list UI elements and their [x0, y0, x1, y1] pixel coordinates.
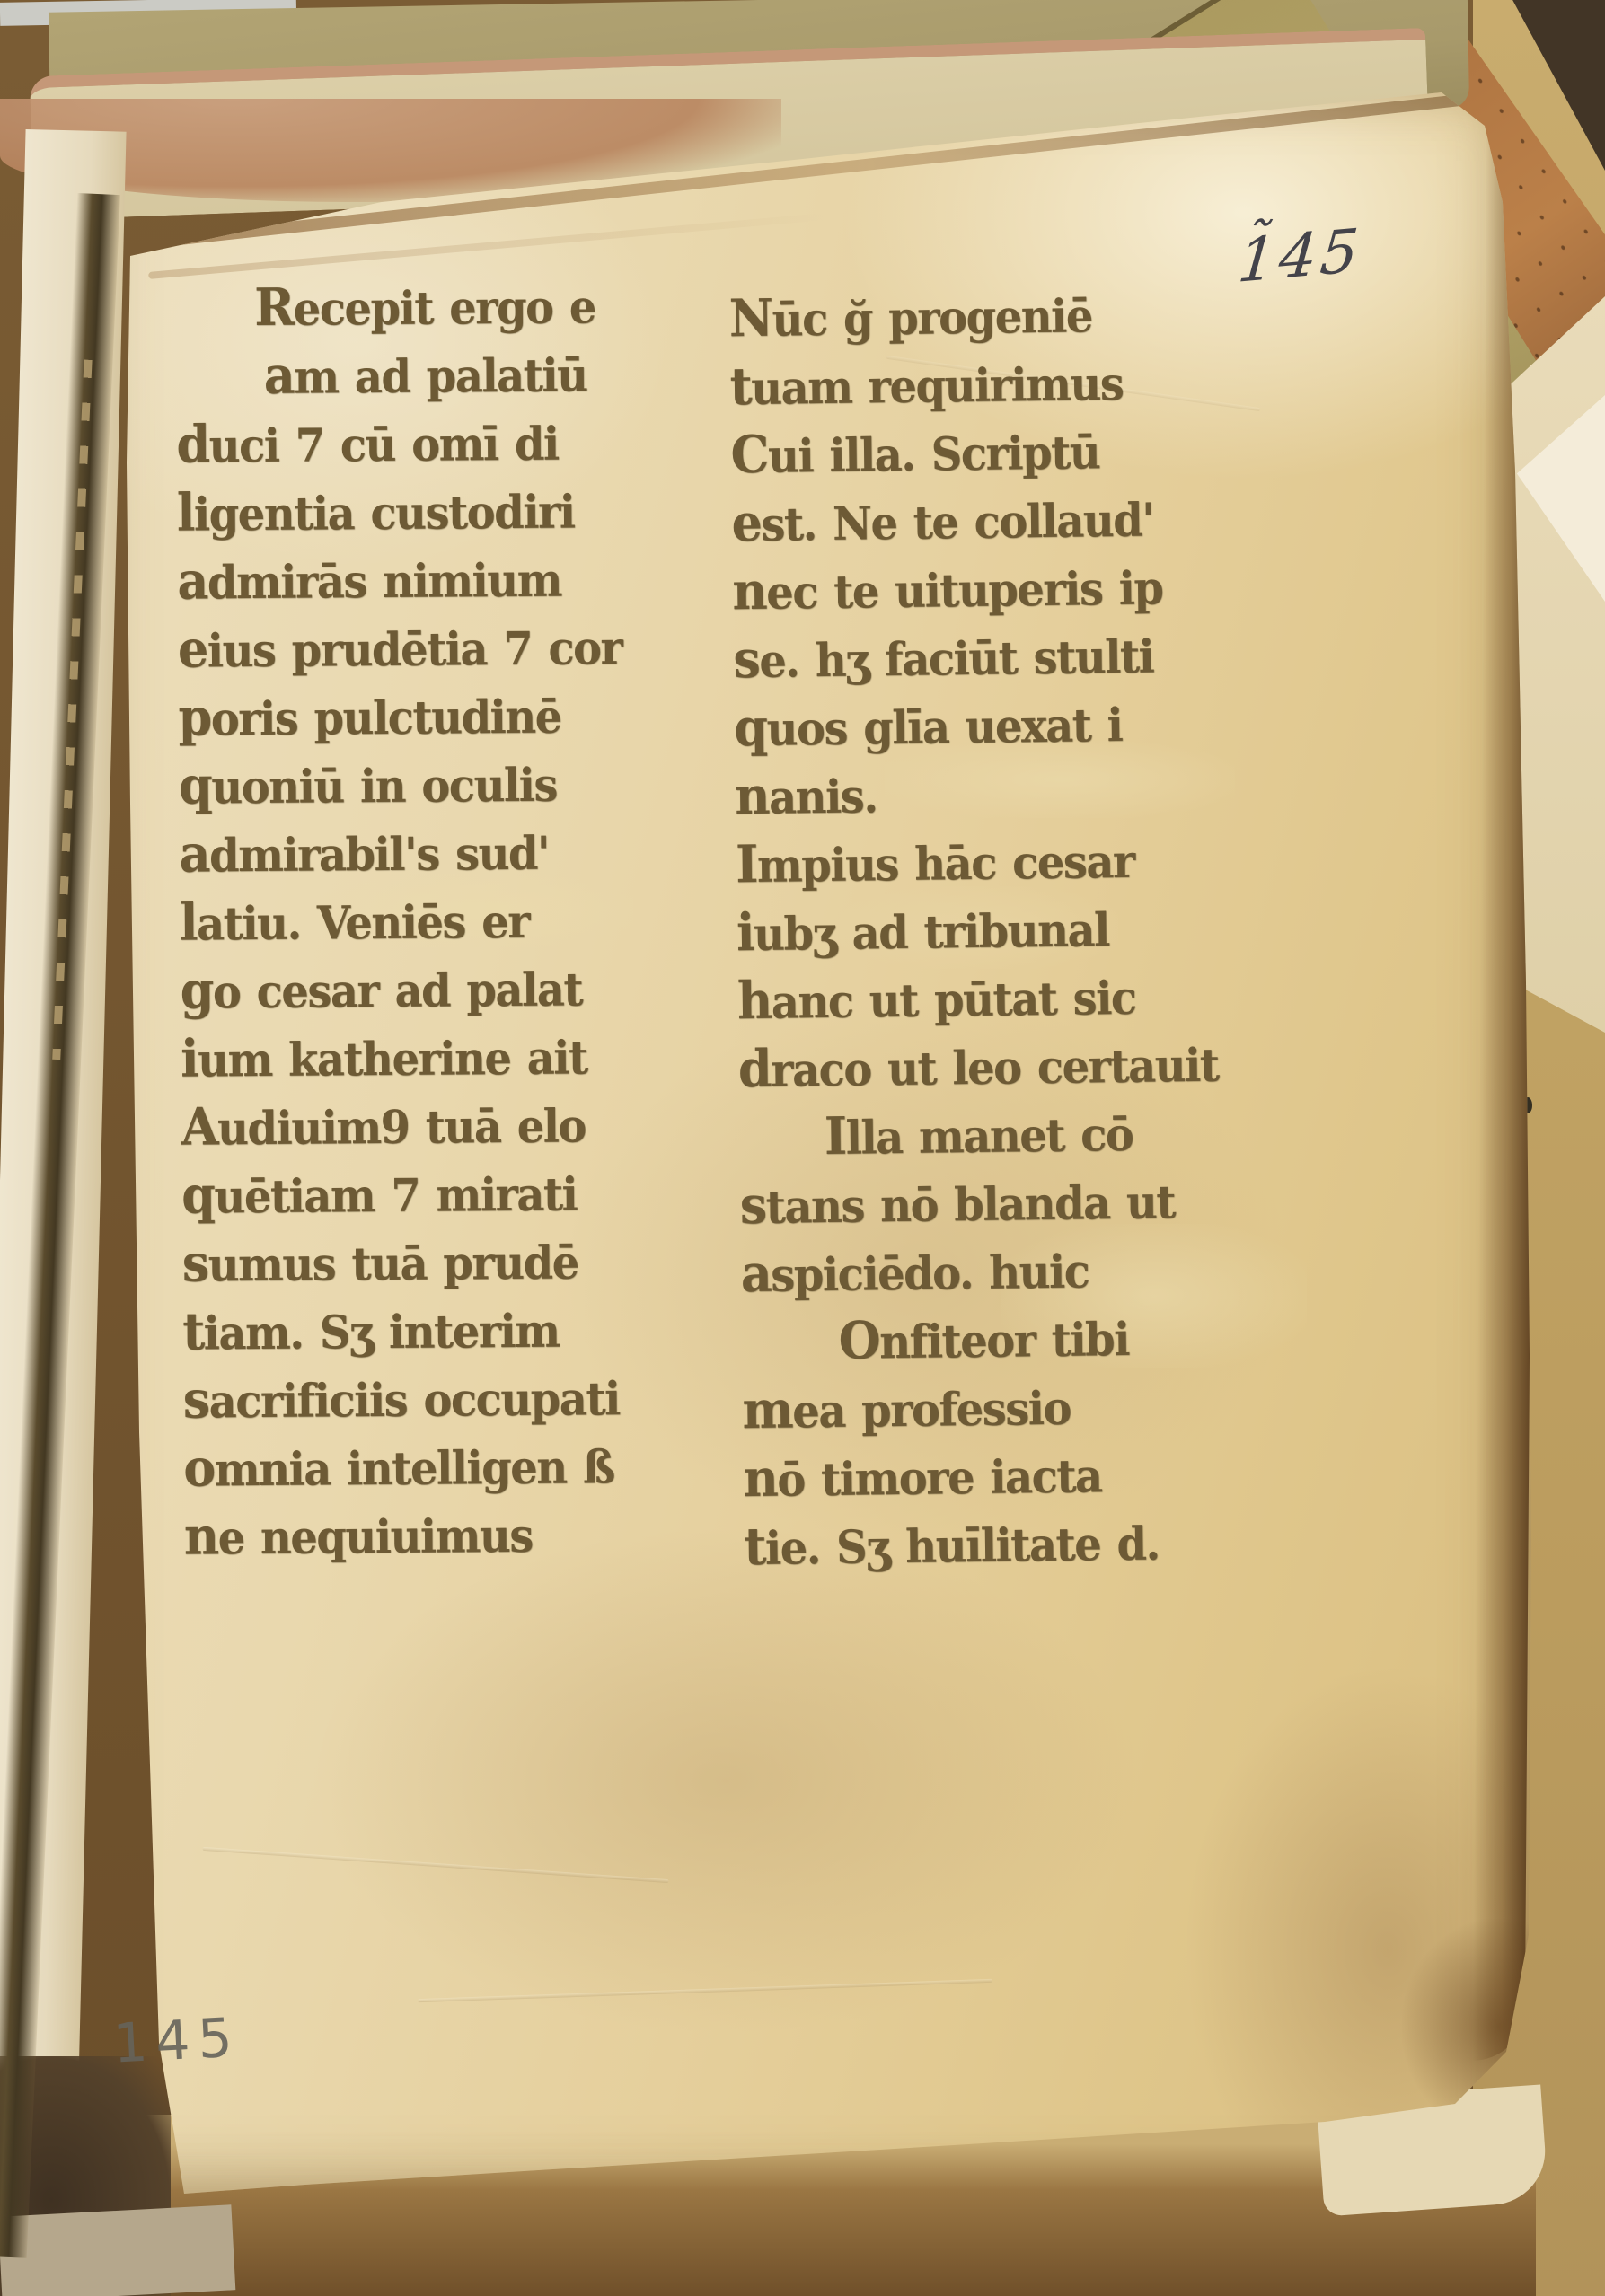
parchment-crease — [202, 1847, 668, 1883]
text-line: Impius hāc cesar — [736, 821, 1293, 900]
text-line: sacrificiis occupati — [182, 1359, 740, 1436]
text-line: iubʒ ad tribunal — [736, 889, 1294, 968]
text-line: Recepit ergo e — [254, 268, 733, 343]
table-corner — [0, 2204, 235, 2296]
text-line: Onfiteor tibi — [838, 1298, 1299, 1377]
parchment-crease — [418, 1979, 992, 2002]
text-line: nanis. — [735, 752, 1292, 831]
text-line: quētiam 7 mirati — [181, 1155, 739, 1231]
text-line: go cesar ad palat — [180, 950, 737, 1026]
text-line: tiam. Sʒ interim — [182, 1291, 740, 1368]
text-line: duci 7 cū omī di — [176, 404, 734, 480]
text-line: tie. Sʒ huīlitate d. — [744, 1503, 1301, 1582]
text-line: mea professio — [742, 1367, 1300, 1446]
parchment-page: Recepit ergo e am ad palatiū duci 7 cū o… — [94, 85, 1531, 2204]
text-line: ium katherine ait — [181, 1018, 738, 1095]
text-line: draco ut leo certauit — [737, 1025, 1295, 1104]
text-column-right: Nūc ğ progeniē tuam requirimus Cui illa.… — [728, 275, 1301, 1578]
text-column-left: Recepit ergo e am ad palatiū duci 7 cū o… — [175, 268, 741, 1568]
text-line: am ad palatiū — [263, 336, 733, 411]
text-line: ne nequiuimus — [184, 1496, 742, 1572]
text-line: nō timore iacta — [743, 1435, 1301, 1514]
text-line: se. hʒ faciūt stulti — [733, 616, 1291, 695]
text-line: hanc ut pūtat sic — [736, 957, 1294, 1036]
text-line: admirabil's sud' — [179, 814, 736, 890]
text-line: quos glīa uexat i — [734, 684, 1292, 763]
text-line: quoniū in oculis — [179, 745, 736, 822]
text-line: Audiuim9 tuā elo — [181, 1086, 738, 1163]
text-line: omnia intelligen ß — [183, 1428, 741, 1504]
text-line: Nūc ğ progeniē — [728, 275, 1286, 354]
text-line: latiu. Veniēs er — [180, 882, 737, 958]
text-line: eius prudētia 7 cor — [178, 609, 736, 685]
text-line: Illa manet cō — [824, 1094, 1296, 1172]
text-line: Cui illa. Scriptū — [730, 411, 1288, 490]
text-line: nec te uituperis ip — [732, 548, 1290, 627]
text-line: stans nō blanda ut — [739, 1162, 1297, 1241]
text-line: est. Ne te collaud' — [731, 479, 1289, 559]
folio-number-bottom: 145 — [111, 2006, 242, 2075]
manuscript-photo: Recepit ergo e am ad palatiū duci 7 cū o… — [0, 0, 1605, 2296]
text-line: admirās nimium — [177, 541, 735, 617]
text-line: poris pulctudinē — [178, 677, 736, 753]
text-line: sumus tuā prudē — [181, 1223, 739, 1299]
text-line: ligentia custodiri — [177, 472, 735, 549]
text-line: aspiciēdo. huic — [740, 1230, 1298, 1309]
text-line: tuam requirimus — [729, 343, 1287, 422]
